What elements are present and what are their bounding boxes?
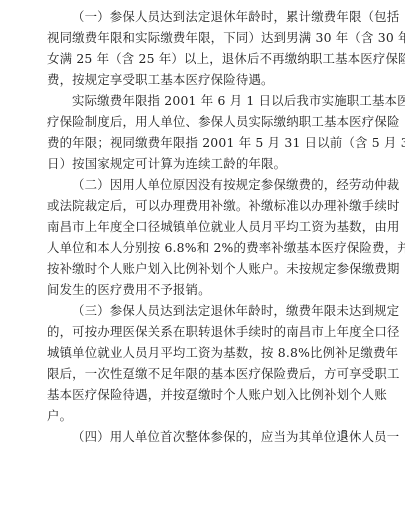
text-line: 费的年限；视同缴费年限指 2001 年 5 月 31 日以前（含 5 月 31 — [47, 132, 359, 153]
text-line: 费，按规定享受职工基本医疗保险待遇。 — [47, 69, 359, 90]
text-line: 南昌市上年度全口径城镇单位就业人员月平均工资为基数，由用 — [47, 216, 359, 237]
text-line: 的，可按办理医保关系在职转退休手续时的南昌市上年度全口径 — [47, 321, 359, 342]
document-page: （一）参保人员达到法定退休年龄时，累计缴费年限（包括视同缴费年限和实际缴费年限，… — [47, 6, 359, 447]
text-line: 视同缴费年限和实际缴费年限，下同）达到男满 30 年（含 30 年）、 — [47, 27, 359, 48]
text-line: 限后，一次性趸缴不足年限的基本医疗保险费后，方可享受职工 — [47, 363, 359, 384]
text-line: 户。 — [47, 405, 359, 426]
text-line: 女满 25 年（含 25 年）以上，退休后不再缴纳职工基本医疗保险 — [47, 48, 359, 69]
text-line: 按补缴时个人账户划入比例补划个人账户。未按规定参保缴费期 — [47, 258, 359, 279]
text-line: （一）参保人员达到法定退休年龄时，累计缴费年限（包括 — [47, 6, 359, 27]
text-line: 实际缴费年限指 2001 年 6 月 1 日以后我市实施职工基本医 — [47, 90, 359, 111]
text-line: 或法院裁定后，可以办理费用补缴。补缴标准以办理补缴手续时 — [47, 195, 359, 216]
text-line: （四）用人单位首次整体参保的，应当为其单位退休人员一 — [47, 426, 359, 447]
text-line: 日）按国家规定可计算为连续工龄的年限。 — [47, 153, 359, 174]
text-line: 城镇单位就业人员月平均工资为基数，按 8.8%比例补足缴费年 — [47, 342, 359, 363]
text-line: 疗保险制度后，用人单位、参保人员实际缴纳职工基本医疗保险 — [47, 111, 359, 132]
text-line: 间发生的医疗费用不予报销。 — [47, 279, 359, 300]
text-line: 人单位和本人分别按 6.8%和 2%的费率补缴基本医疗保险费，并 — [47, 237, 359, 258]
text-line: （三）参保人员达到法定退休年龄时，缴费年限未达到规定 — [47, 300, 359, 321]
page-number: - 5 - — [332, 428, 358, 441]
text-line: 基本医疗保险待遇，并按趸缴时个人账户划入比例补划个人账 — [47, 384, 359, 405]
text-line: （二）因用人单位原因没有按规定参保缴费的，经劳动仲裁 — [47, 174, 359, 195]
